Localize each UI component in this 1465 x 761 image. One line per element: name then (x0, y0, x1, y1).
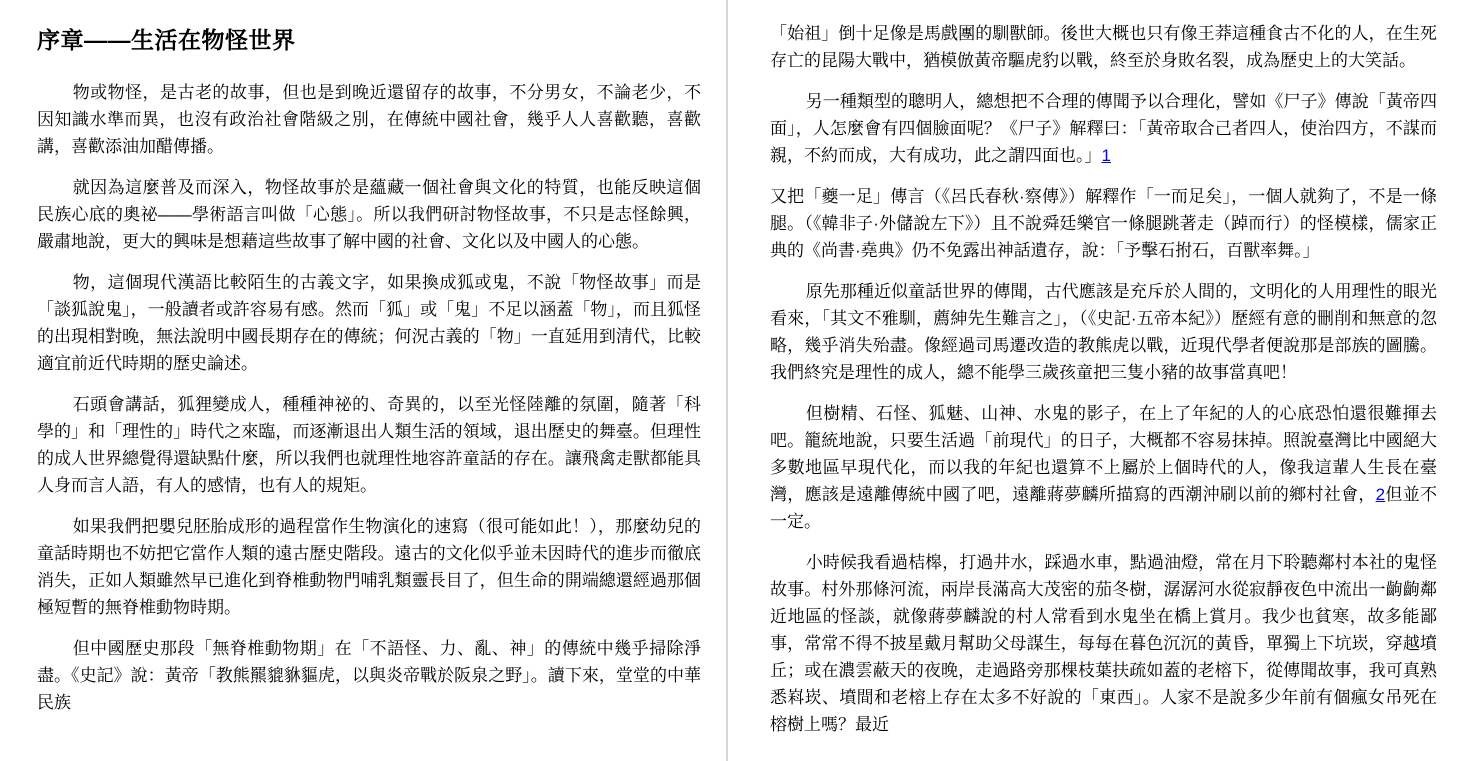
right-page-body: 「始祖」倒十足像是馬戲團的馴獸師。後世大概也只有像王莽這種食古不化的人，在生死存… (770, 20, 1437, 738)
paragraph: 石頭會講話，狐狸變成人，種種神祕的、奇異的，以至光怪陸離的氛圍，隨著「科學的」和… (37, 391, 701, 499)
paragraph-text: 如果我們把嬰兒胚胎成形的過程當作生物演化的速寫（很可能如此！），那麼幼兒的童話時… (37, 517, 701, 617)
paragraph: 如果我們把嬰兒胚胎成形的過程當作生物演化的速寫（很可能如此！），那麼幼兒的童話時… (37, 513, 701, 621)
footnote-link-1[interactable]: 1 (1102, 146, 1111, 165)
paragraph-text: 又把「夔一足」傳言（《呂氏春秋·察傳》）解釋作「一而足矣」，一個人就夠了，不是一… (770, 187, 1437, 260)
paragraph-text: 但中國歷史那段「無脊椎動物期」在「不語怪、力、亂、神」的傳統中幾乎掃除淨盡。《史… (37, 639, 701, 712)
paragraph-text: 就因為這麼普及而深入，物怪故事於是蘊藏一個社會與文化的特質，也能反映這個民族心底… (37, 178, 701, 251)
paragraph-text: 物或物怪，是古老的故事，但也是到晚近還留存的故事，不分男女，不論老少，不因知識水… (37, 83, 701, 156)
left-page-body: 物或物怪，是古老的故事，但也是到晚近還留存的故事，不分男女，不論老少，不因知識水… (37, 79, 701, 716)
paragraph: 另一種類型的聰明人，總想把不合理的傳聞予以合理化，譬如《尸子》傳說「黃帝四面」，… (770, 88, 1437, 169)
left-page: 序章——生活在物怪世界 物或物怪，是古老的故事，但也是到晚近還留存的故事，不分男… (37, 0, 701, 730)
paragraph: 小時候我看過桔槔，打過井水，踩過水車，點過油燈，常在月下聆聽鄰村本社的鬼怪故事。… (770, 549, 1437, 738)
paragraph: 但樹精、石怪、狐魅、山神、水鬼的影子，在上了年紀的人的心底恐怕還很難揮去吧。籠統… (770, 400, 1437, 535)
paragraph-text: 石頭會講話，狐狸變成人，種種神祕的、奇異的，以至光怪陸離的氛圍，隨著「科學的」和… (37, 395, 701, 495)
paragraph-text: 但樹精、石怪、狐魅、山神、水鬼的影子，在上了年紀的人的心底恐怕還很難揮去吧。籠統… (770, 404, 1437, 504)
paragraph: 原先那種近似童話世界的傳聞，古代應該是充斥於人間的，文明化的人用理性的眼光看來，… (770, 278, 1437, 386)
paragraph: 但中國歷史那段「無脊椎動物期」在「不語怪、力、亂、神」的傳統中幾乎掃除淨盡。《史… (37, 635, 701, 716)
paragraph-text: 「始祖」倒十足像是馬戲團的馴獸師。後世大概也只有像王莽這種食古不化的人，在生死存… (770, 24, 1437, 70)
paragraph: 物，這個現代漢語比較陌生的古義文字，如果換成狐或鬼，不說「物怪故事」而是「談狐說… (37, 269, 701, 377)
paragraph: 「始祖」倒十足像是馬戲團的馴獸師。後世大概也只有像王莽這種食古不化的人，在生死存… (770, 20, 1437, 74)
right-page: 「始祖」倒十足像是馬戲團的馴獸師。後世大概也只有像王莽這種食古不化的人，在生死存… (770, 0, 1437, 752)
paragraph: 物或物怪，是古老的故事，但也是到晚近還留存的故事，不分男女，不論老少，不因知識水… (37, 79, 701, 160)
paragraph: 又把「夔一足」傳言（《呂氏春秋·察傳》）解釋作「一而足矣」，一個人就夠了，不是一… (770, 183, 1437, 264)
chapter-title: 序章——生活在物怪世界 (37, 22, 701, 55)
page-divider (726, 0, 728, 761)
footnote-link-2[interactable]: 2 (1376, 485, 1385, 504)
paragraph-text: 物，這個現代漢語比較陌生的古義文字，如果換成狐或鬼，不說「物怪故事」而是「談狐說… (37, 273, 701, 373)
paragraph-text: 小時候我看過桔槔，打過井水，踩過水車，點過油燈，常在月下聆聽鄰村本社的鬼怪故事。… (770, 553, 1437, 734)
paragraph: 就因為這麼普及而深入，物怪故事於是蘊藏一個社會與文化的特質，也能反映這個民族心底… (37, 174, 701, 255)
paragraph-text: 原先那種近似童話世界的傳聞，古代應該是充斥於人間的，文明化的人用理性的眼光看來，… (770, 282, 1437, 382)
